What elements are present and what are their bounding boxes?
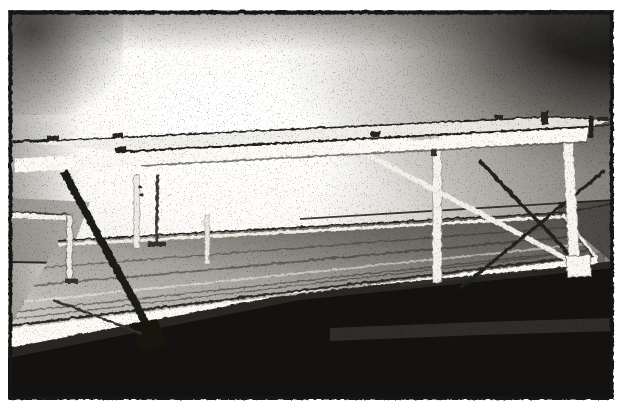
photo-content [8,10,613,399]
photo-grain-light [8,10,613,399]
photo-canvas: High-contrast black-and-white photocopie… [0,0,621,408]
glass-table-photo: High-contrast black-and-white photocopie… [0,0,621,408]
